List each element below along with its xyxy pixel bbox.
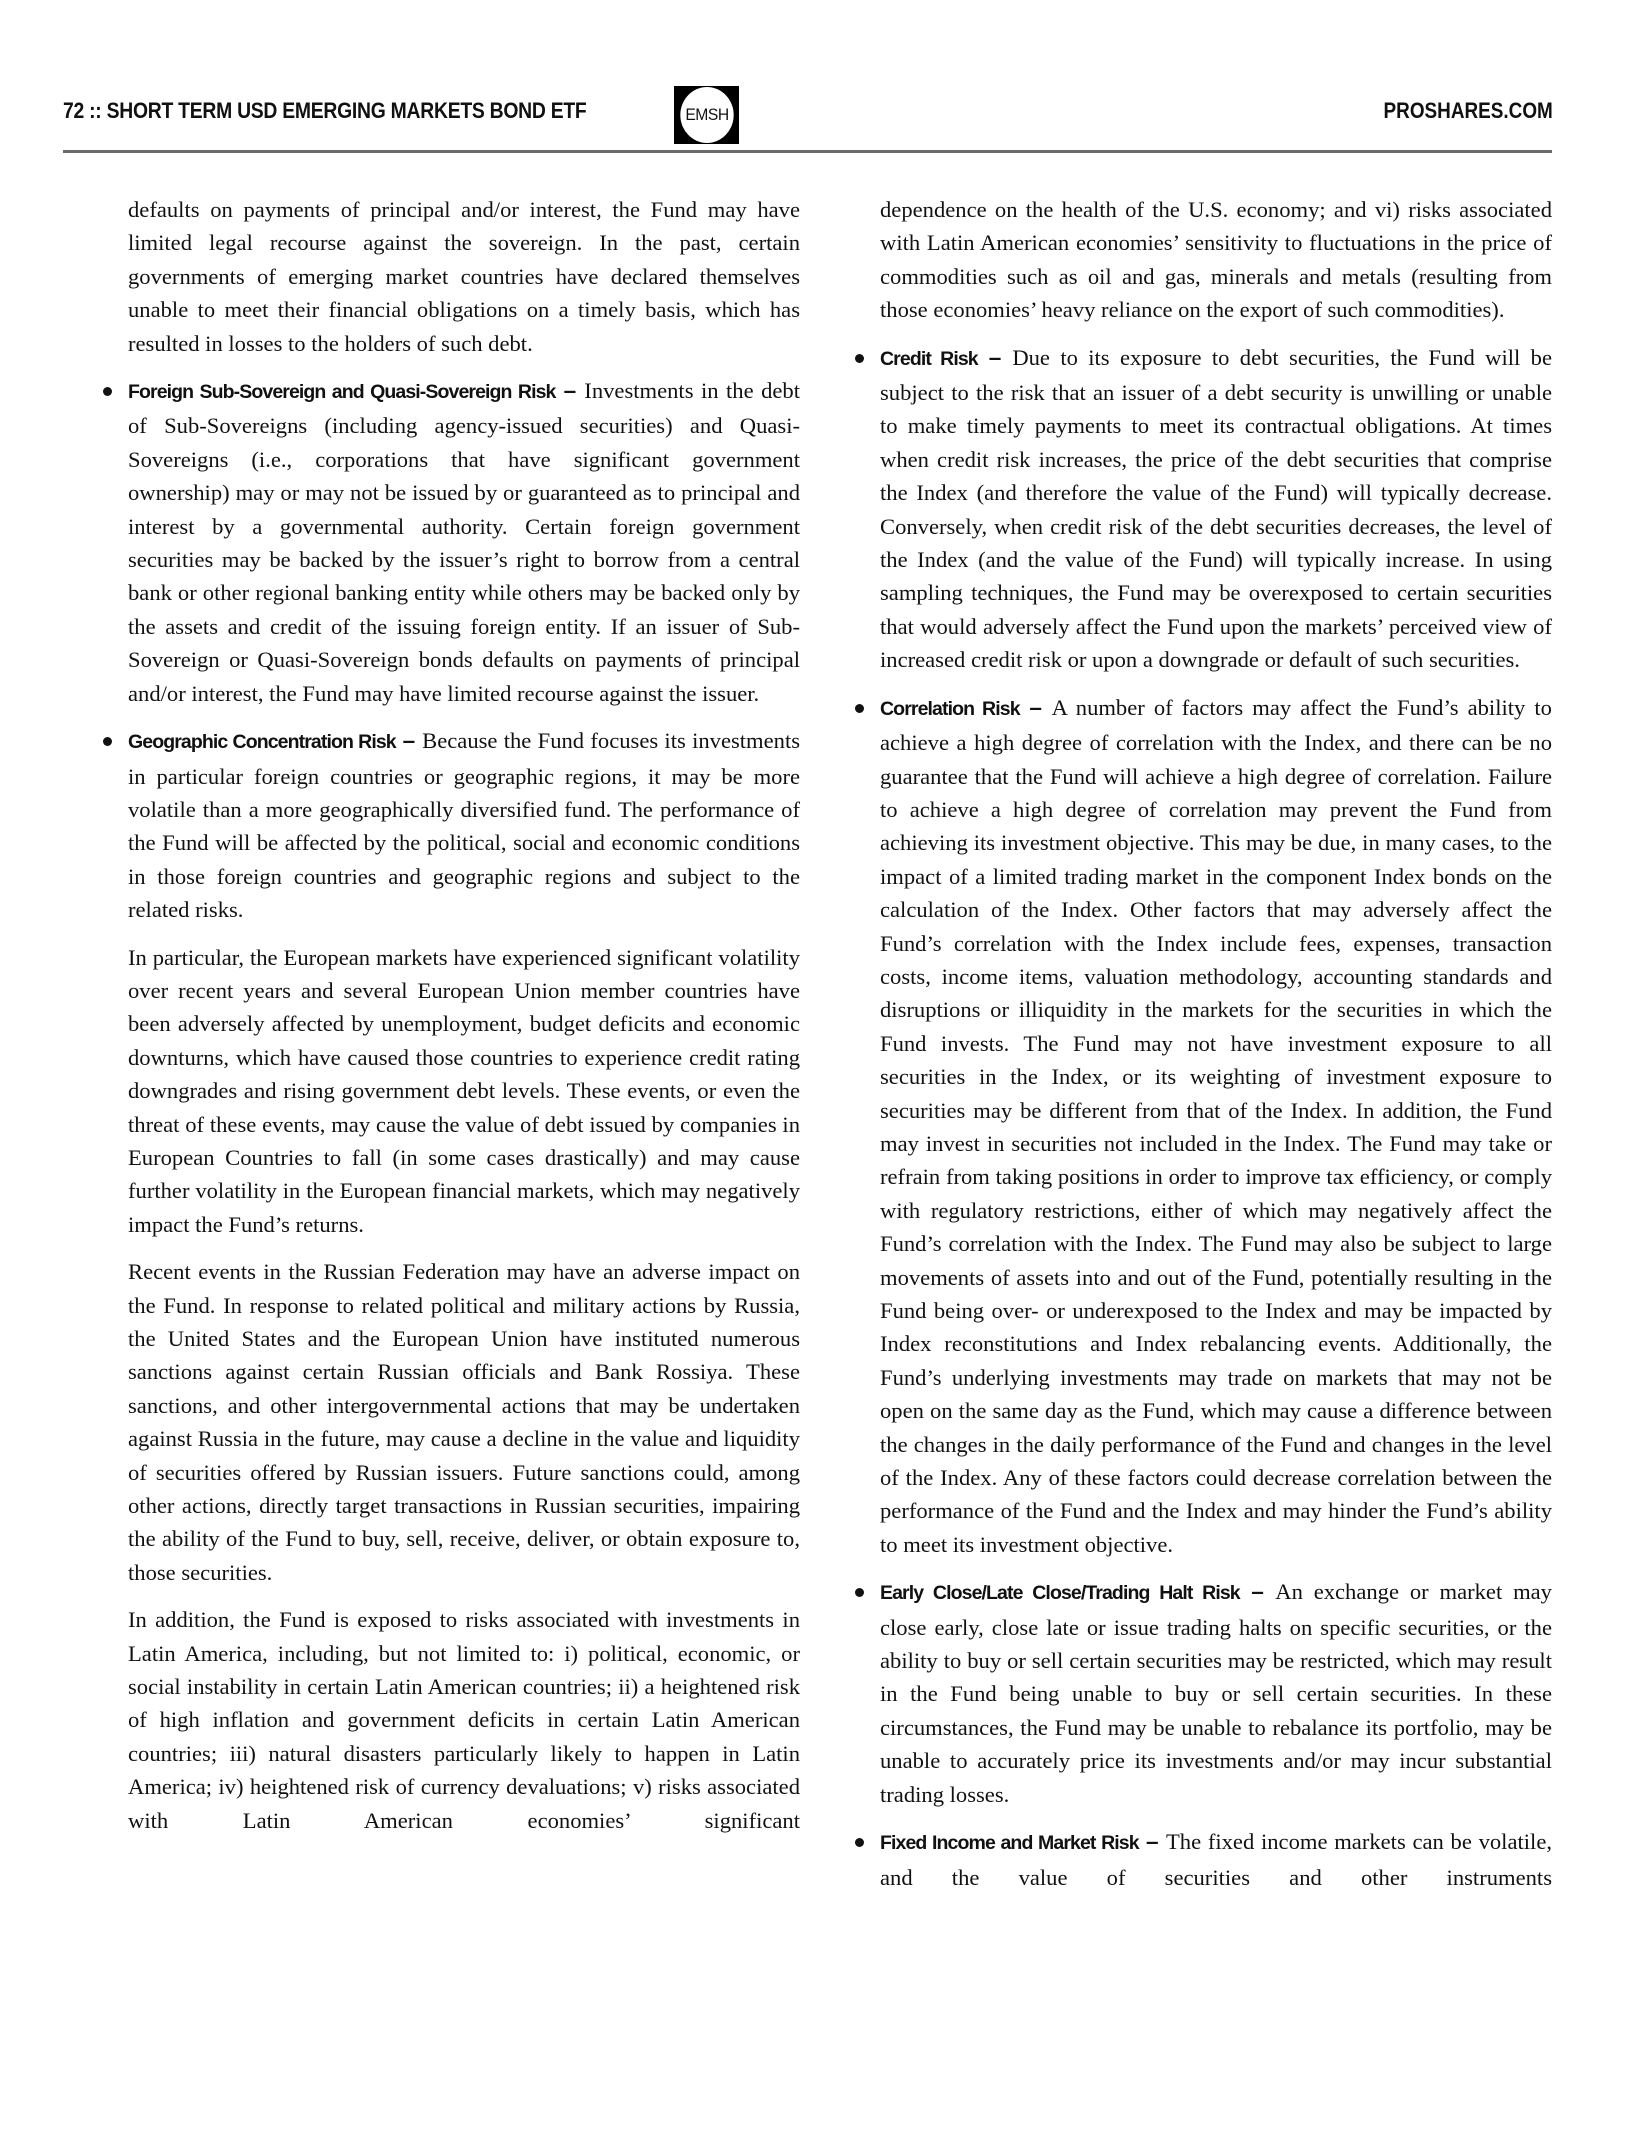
site-name: PROSHARES.COM <box>1384 98 1553 124</box>
right-column: dependence on the health of the U.S. eco… <box>880 193 1552 1908</box>
risk-item-early-close-trading-halt: Early Close/Late Close/Trading Halt Risk… <box>880 1575 1552 1811</box>
risk-item-credit: Credit Risk – Due to its exposure to deb… <box>880 341 1552 677</box>
risk-description: An exchange or market may close early, c… <box>880 1579 1552 1806</box>
risk-item-geographic-concentration: Geographic Concentration Risk – Because … <box>128 724 800 926</box>
term-dash: – <box>1139 1829 1166 1854</box>
term-dash: – <box>978 345 1013 370</box>
term-dash: – <box>396 728 422 753</box>
risk-description: Investments in the debt of Sub-Sovereign… <box>128 378 800 706</box>
page-header: 72 :: SHORT TERM USD EMERGING MARKETS BO… <box>63 88 1553 148</box>
paragraph-latin-america: In addition, the Fund is exposed to risk… <box>128 1603 800 1837</box>
header-divider <box>63 150 1552 153</box>
ticker-logo-text: EMSH <box>680 87 733 143</box>
continuation-paragraph: defaults on payments of principal and/or… <box>128 193 800 360</box>
running-title: 72 :: SHORT TERM USD EMERGING MARKETS BO… <box>63 98 587 124</box>
term-dash: – <box>1020 695 1052 720</box>
risk-item-correlation: Correlation Risk – A number of factors m… <box>880 691 1552 1562</box>
risk-item-fixed-income-market: Fixed Income and Market Risk – The fixed… <box>880 1825 1552 1894</box>
risk-term: Correlation Risk <box>880 698 1020 720</box>
left-column: defaults on payments of principal and/or… <box>128 193 800 1851</box>
risk-description: A number of factors may affect the Fund’… <box>880 695 1552 1557</box>
ticker-logo: EMSH <box>674 86 739 144</box>
risk-term: Foreign Sub-Sovereign and Quasi-Sovereig… <box>128 381 556 403</box>
risk-term: Fixed Income and Market Risk <box>880 1832 1139 1854</box>
risk-term: Geographic Concentration Risk <box>128 731 396 753</box>
risk-description: Due to its exposure to debt securities, … <box>880 345 1552 673</box>
risk-term: Credit Risk <box>880 348 978 370</box>
paragraph-russian-federation: Recent events in the Russian Federation … <box>128 1255 800 1589</box>
term-dash: – <box>556 378 585 403</box>
risk-description: Because the Fund focuses its investments… <box>128 728 800 922</box>
paragraph-european-markets: In particular, the European markets have… <box>128 941 800 1242</box>
risk-term: Early Close/Late Close/Trading Halt Risk <box>880 1582 1240 1604</box>
term-dash: – <box>1240 1579 1276 1604</box>
risk-item-foreign-sub-sovereign: Foreign Sub-Sovereign and Quasi-Sovereig… <box>128 374 800 710</box>
continuation-paragraph: dependence on the health of the U.S. eco… <box>880 193 1552 327</box>
